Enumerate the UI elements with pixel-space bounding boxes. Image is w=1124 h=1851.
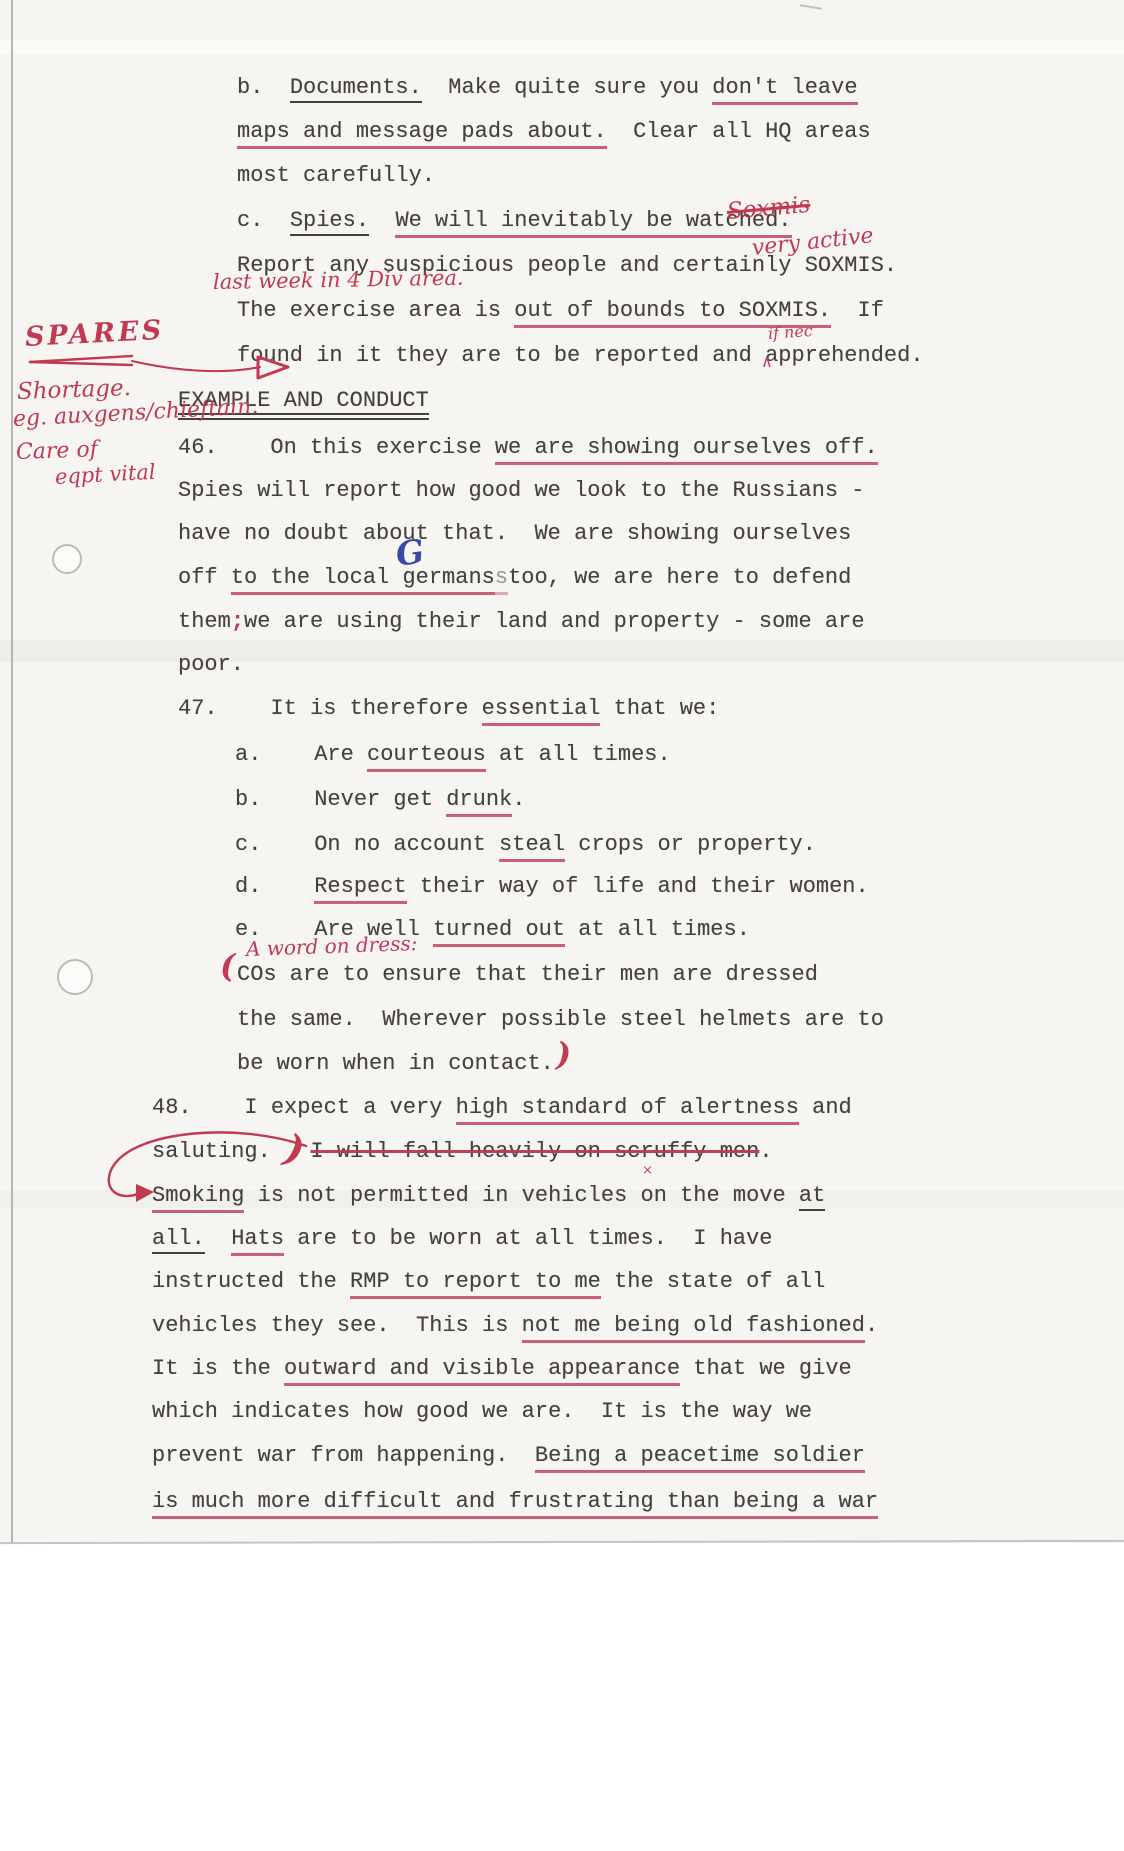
typed-segment: turned out xyxy=(433,917,565,947)
typed-segment: prevent war from happening. xyxy=(152,1443,535,1468)
typed-line: instructed the RMP to report to me the s… xyxy=(152,1269,825,1294)
typed-segment: 48. I expect a very xyxy=(152,1095,456,1120)
typed-segment: drunk xyxy=(446,787,512,817)
typed-segment: poor. xyxy=(178,652,244,677)
typed-line: b. Never get drunk. xyxy=(235,787,525,812)
typed-segment: is not permitted in vehicles on the move xyxy=(244,1183,799,1208)
typed-segment: we are here to defend xyxy=(561,565,851,590)
typed-segment: Hats xyxy=(231,1226,284,1256)
typed-segment: and xyxy=(799,1095,852,1120)
blue-ink-correction: G xyxy=(394,534,427,571)
typed-line: 48. I expect a very high standard of ale… xyxy=(152,1095,852,1120)
typed-line: d. Respect their way of life and their w… xyxy=(235,874,869,899)
typed-segment: most carefully. xyxy=(237,163,435,188)
page-left-edge xyxy=(11,0,13,1543)
typed-segment: It is the xyxy=(152,1356,284,1381)
red-ink-note: Care of xyxy=(16,439,99,464)
typed-line: c. Spies. We will inevitably be watched. xyxy=(237,208,792,233)
typed-line: c. On no account steal crops or property… xyxy=(235,832,816,857)
typed-segment: have no doubt about that. We are showing… xyxy=(178,521,851,546)
typed-segment: are to be worn at all times. I have xyxy=(284,1226,772,1251)
typed-segment: outward and visible appearance xyxy=(284,1356,680,1386)
spares-arrow xyxy=(20,348,310,392)
typed-segment: 47. It is therefore xyxy=(178,696,482,721)
typed-segment: b. Never get xyxy=(235,787,446,812)
typed-line: COs are to ensure that their men are dre… xyxy=(237,962,818,987)
typed-segment: . xyxy=(512,787,525,812)
red-ink-note: ) xyxy=(556,1038,571,1070)
typed-segment: Spies will report how good we look to th… xyxy=(178,478,865,503)
typed-segment: Respect xyxy=(314,874,406,904)
typed-segment: 46. On this exercise xyxy=(178,435,495,460)
typed-line: be worn when in contact. xyxy=(237,1051,554,1076)
typed-segment: to the local germans xyxy=(231,565,495,595)
typed-line: b. Documents. Make quite sure you don't … xyxy=(237,75,858,100)
typed-segment: be worn when in contact. xyxy=(237,1051,554,1076)
typed-segment: c. xyxy=(237,208,290,233)
typed-segment: their way of life and their women. xyxy=(407,874,869,899)
typed-segment: RMP to report to me xyxy=(350,1269,601,1299)
typed-segment: the state of all xyxy=(601,1269,825,1294)
typed-segment: c. On no account xyxy=(235,832,499,857)
typed-segment: instructed the xyxy=(152,1269,350,1294)
typed-line: poor. xyxy=(178,652,244,677)
typed-line: vehicles they see. This is not me being … xyxy=(152,1313,878,1338)
typed-segment: at all times. xyxy=(486,742,671,767)
typed-line: 47. It is therefore essential that we: xyxy=(178,696,719,721)
typed-segment: too, xyxy=(508,565,561,590)
typed-segment: If xyxy=(831,298,884,323)
red-ink-note: × xyxy=(642,1164,653,1177)
typed-line: The exercise area is out of bounds to SO… xyxy=(237,298,884,323)
typed-line: all. Hats are to be worn at all times. I… xyxy=(152,1226,773,1251)
typed-segment: s xyxy=(495,565,508,595)
red-ink-note: ∧ xyxy=(761,354,773,370)
red-ink-note: ( xyxy=(220,950,235,982)
typed-segment: essential xyxy=(482,696,601,726)
hole-punch xyxy=(52,544,82,574)
screenshot-canvas: b. Documents. Make quite sure you don't … xyxy=(0,0,1124,1851)
scan-highlight xyxy=(0,40,1124,54)
typed-line: It is the outward and visible appearance… xyxy=(152,1356,852,1381)
typed-segment: steal xyxy=(499,832,565,862)
typed-segment: found in it they are to be reported and xyxy=(237,343,765,368)
typed-line: off to the local germansstoo, we are her… xyxy=(178,565,851,590)
typed-segment: a. Are xyxy=(235,742,367,767)
typed-segment: Make quite sure you xyxy=(422,75,712,100)
typed-line: them;we are using their land and propert… xyxy=(178,609,865,634)
typed-line: maps and message pads about. Clear all H… xyxy=(237,119,871,144)
typed-segment: I will fall heavily on scruffy men xyxy=(310,1139,759,1164)
typed-segment: courteous xyxy=(367,742,486,772)
red-ink-note: last week in 4 Div area. xyxy=(213,268,464,293)
hole-punch xyxy=(57,959,93,995)
typed-segment: not me being old fashioned xyxy=(522,1313,865,1343)
typed-segment: off xyxy=(178,565,231,590)
typed-line: most carefully. xyxy=(237,163,435,188)
typed-line: is much more difficult and frustrating t… xyxy=(152,1489,878,1514)
typed-segment: at all times. xyxy=(565,917,750,942)
typed-segment xyxy=(205,1226,231,1251)
typed-segment: Being a peacetime soldier xyxy=(535,1443,865,1473)
typed-segment: vehicles they see. This is xyxy=(152,1313,522,1338)
typed-segment: high standard of alertness xyxy=(456,1095,799,1125)
typed-segment: Clear all HQ areas xyxy=(607,119,871,144)
typed-line: which indicates how good we are. It is t… xyxy=(152,1399,812,1424)
scan-crease xyxy=(0,640,1124,662)
typed-segment xyxy=(369,208,395,233)
typed-segment: crops or property. xyxy=(565,832,816,857)
typed-line: prevent war from happening. Being a peac… xyxy=(152,1443,865,1468)
typed-line: the same. Wherever possible steel helmet… xyxy=(237,1007,884,1032)
typed-segment: d. xyxy=(235,874,314,899)
typed-line: a. Are courteous at all times. xyxy=(235,742,671,767)
typed-line: Spies will report how good we look to th… xyxy=(178,478,865,503)
red-ink-note: eqpt vital xyxy=(54,462,156,488)
typed-segment: them xyxy=(178,609,231,634)
typed-segment: the same. Wherever possible steel helmet… xyxy=(237,1007,884,1032)
typed-segment: COs are to ensure that their men are dre… xyxy=(237,962,818,987)
typed-segment: which indicates how good we are. It is t… xyxy=(152,1399,812,1424)
red-ink-note: A word on dress: xyxy=(246,933,418,959)
typed-segment: we are using their land and property - s… xyxy=(244,609,865,634)
red-ink-note: SPARES xyxy=(24,317,165,351)
typed-line: 46. On this exercise we are showing ours… xyxy=(178,435,878,460)
typed-segment: apprehended. xyxy=(765,343,923,368)
typed-segment: at xyxy=(799,1183,825,1211)
typed-line: have no doubt about that. We are showing… xyxy=(178,521,851,546)
typed-segment: Documents. xyxy=(290,75,422,103)
typed-segment: The exercise area is xyxy=(237,298,514,323)
typed-segment: that we give xyxy=(680,1356,852,1381)
typed-segment: . xyxy=(759,1139,772,1164)
typed-segment: don't leave xyxy=(712,75,857,105)
typed-segment: ; xyxy=(231,609,244,634)
typed-segment: all. xyxy=(152,1226,205,1254)
typed-segment: maps and message pads about. xyxy=(237,119,607,149)
red-ink-note: if nec xyxy=(767,323,813,342)
smoking-insert-arrow xyxy=(88,1122,323,1214)
typed-segment: b. xyxy=(237,75,290,100)
typed-segment: that we: xyxy=(600,696,719,721)
typed-segment: Spies. xyxy=(290,208,369,236)
typed-line: found in it they are to be reported and … xyxy=(237,343,924,368)
typed-segment: is much more difficult and frustrating t… xyxy=(152,1489,878,1519)
typed-segment: . xyxy=(865,1313,878,1338)
typed-segment: we are showing ourselves off. xyxy=(495,435,878,465)
